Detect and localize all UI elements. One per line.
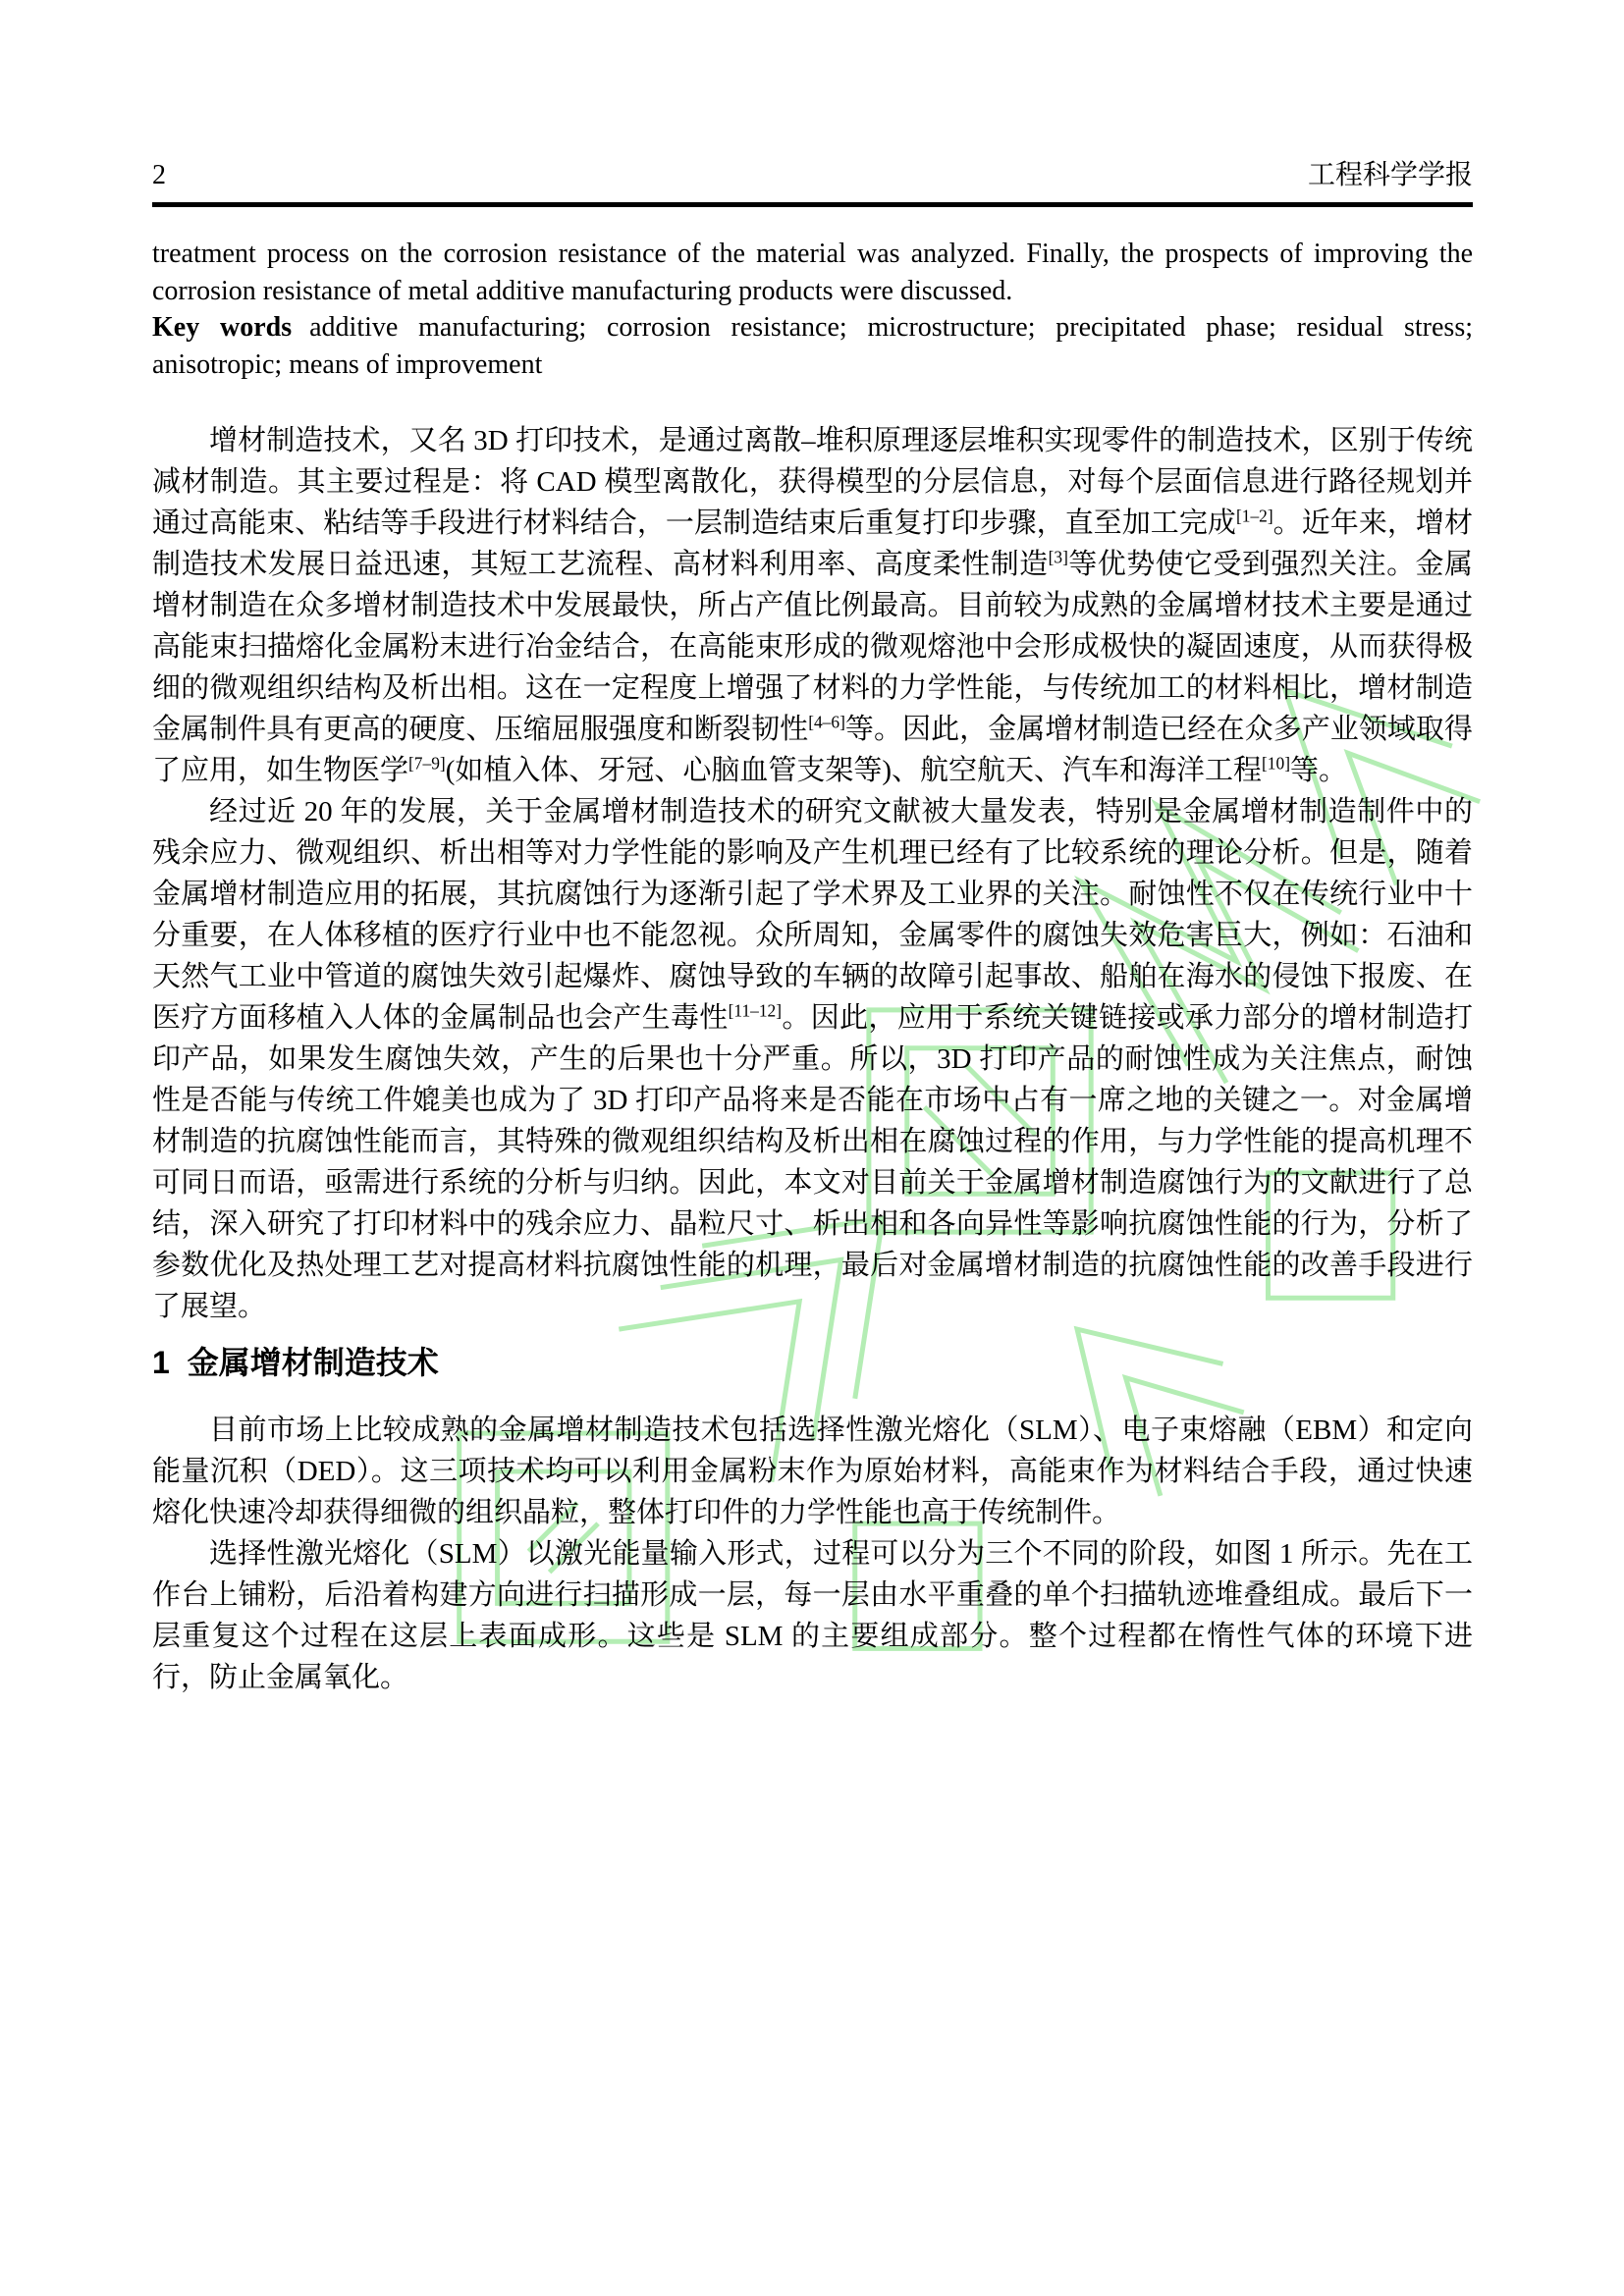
keywords-line: Key wordsadditive manufacturing; corrosi… bbox=[152, 309, 1473, 383]
section-1-paragraph-1: 目前市场上比较成熟的金属增材制造技术包括选择性激光熔化（SLM）、电子束熔融（E… bbox=[152, 1410, 1473, 1533]
keywords-label: Key words bbox=[152, 312, 292, 343]
page-number: 2 bbox=[152, 160, 166, 191]
section-1-heading: 1金属增材制造技术 bbox=[152, 1343, 1473, 1382]
intro-paragraph-1: 增材制造技术，又名 3D 打印技术，是通过离散–堆积原理逐层堆积实现零件的制造技… bbox=[152, 420, 1473, 791]
journal-title: 工程科学学报 bbox=[1308, 160, 1473, 191]
intro-paragraph-2: 经过近 20 年的发展，关于金属增材制造技术的研究文献被大量发表，特别是金属增材… bbox=[152, 791, 1473, 1327]
keywords-text: additive manufacturing; corrosion resist… bbox=[152, 312, 1473, 380]
page-content: 2 工程科学学报 treatment process on the corros… bbox=[0, 0, 1624, 1698]
page-header: 2 工程科学学报 bbox=[152, 160, 1473, 191]
abstract-english-text: treatment process on the corrosion resis… bbox=[152, 236, 1473, 309]
section-1-number: 1 bbox=[152, 1345, 170, 1380]
introduction-section: 增材制造技术，又名 3D 打印技术，是通过离散–堆积原理逐层堆积实现零件的制造技… bbox=[152, 420, 1473, 1327]
header-rule bbox=[152, 202, 1473, 207]
section-1-title: 金属增材制造技术 bbox=[188, 1345, 439, 1380]
page: 2 工程科学学报 treatment process on the corros… bbox=[0, 0, 1624, 2296]
section-1-paragraph-2: 选择性激光熔化（SLM）以激光能量输入形式，过程可以分为三个不同的阶段，如图 1… bbox=[152, 1533, 1473, 1698]
